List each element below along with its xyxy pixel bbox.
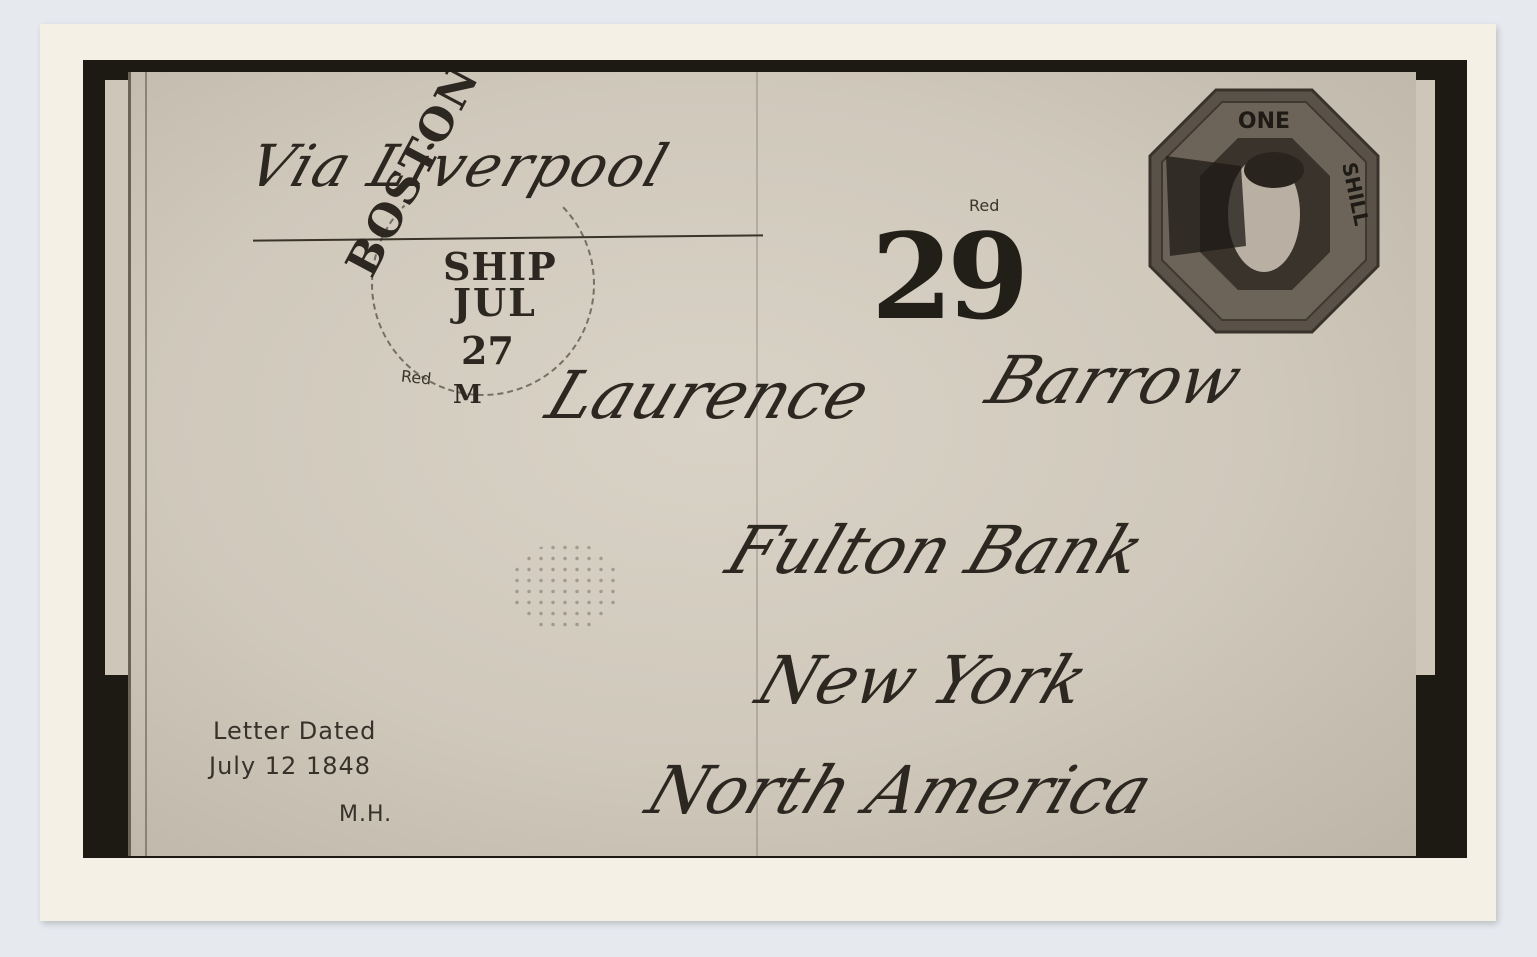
postmark-month: JUL <box>453 280 537 325</box>
address-first-name: Laurence <box>537 357 880 434</box>
annotation-line-1: Letter Dated <box>213 717 376 745</box>
address-line-city: New York <box>747 642 1098 719</box>
annotation-initials: M.H. <box>339 802 392 827</box>
postmark-partial: M <box>453 380 482 410</box>
svg-text:ONE: ONE <box>1238 109 1290 134</box>
color-note-postmark: Red <box>400 366 432 388</box>
annotation-line-2: July 12 1848 <box>209 752 371 780</box>
letter-cover: Via Liverpool BOSTON SHIP JUL 27 M Red R… <box>128 72 1416 856</box>
fold-crease <box>756 72 758 856</box>
letter-edge <box>145 72 147 856</box>
one-shilling-stamp-icon: ONE SHILL <box>1146 86 1382 336</box>
address-line-bank: Fulton Bank <box>717 512 1155 589</box>
address-last-name: Barrow <box>977 342 1252 419</box>
postmark-day: 27 <box>461 328 514 373</box>
rate-marking: 29 <box>871 207 1023 346</box>
address-line-country: North America <box>637 752 1162 829</box>
faint-postmark-specks <box>511 542 621 632</box>
